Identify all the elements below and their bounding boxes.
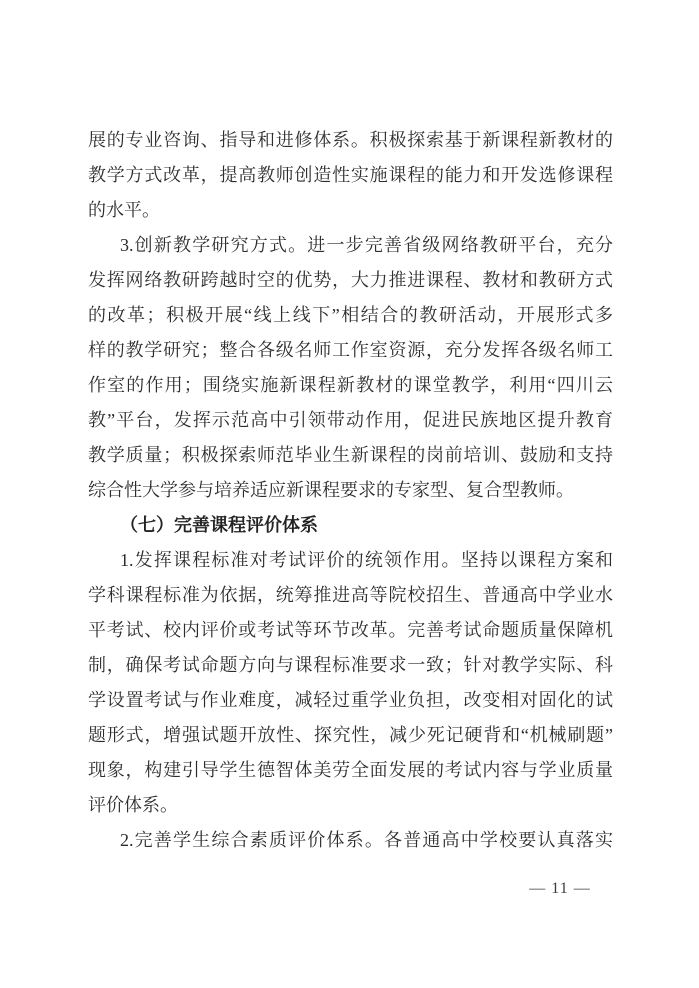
document-page: 展的专业咨询、指导和进修体系。积极探索基于新课程新教材的 教学方式改革，提高教师…: [0, 0, 699, 988]
section-heading: （七）完善课程评价体系: [88, 508, 613, 543]
text-line: 样的教学研究；整合各级名师工作室资源，充分发挥各级名师工: [88, 333, 613, 368]
text-line: 教学质量；积极探索师范毕业生新课程的岗前培训、鼓励和支持: [88, 438, 613, 473]
text-line: 1.发挥课程标准对考试评价的统领作用。坚持以课程方案和: [88, 543, 613, 578]
text-line: 的水平。: [88, 193, 613, 228]
text-line: 平考试、校内评价或考试等环节改革。完善考试命题质量保障机: [88, 613, 613, 648]
section: （七）完善课程评价体系: [88, 508, 613, 543]
text-line: 展的专业咨询、指导和进修体系。积极探索基于新课程新教材的: [88, 123, 613, 158]
text-line: 制，确保考试命题方向与课程标准要求一致；针对教学实际、科: [88, 648, 613, 683]
paragraph: 1.发挥课程标准对考试评价的统领作用。坚持以课程方案和 学科课程标准为依据，统筹…: [88, 543, 613, 823]
text-line: 作室的作用；围绕实施新课程新教材的课堂教学，利用“四川云: [88, 368, 613, 403]
document-body: 展的专业咨询、指导和进修体系。积极探索基于新课程新教材的 教学方式改革，提高教师…: [88, 123, 613, 858]
page-number: — 11 —: [500, 878, 620, 900]
text-line: 教”平台，发挥示范高中引领带动作用，促进民族地区提升教育: [88, 403, 613, 438]
text-line: 题形式，增强试题开放性、探究性，减少死记硬背和“机械刷题”: [88, 718, 613, 753]
text-line: 2.完善学生综合素质评价体系。各普通高中学校要认真落实: [88, 823, 613, 858]
paragraph: 展的专业咨询、指导和进修体系。积极探索基于新课程新教材的 教学方式改革，提高教师…: [88, 123, 613, 228]
text-line: 学设置考试与作业难度，减轻过重学业负担，改变相对固化的试: [88, 683, 613, 718]
text-line: 现象，构建引导学生德智体美劳全面发展的考试内容与学业质量: [88, 753, 613, 788]
text-line: 综合性大学参与培养适应新课程要求的专家型、复合型教师。: [88, 473, 613, 508]
paragraph: 2.完善学生综合素质评价体系。各普通高中学校要认真落实: [88, 823, 613, 858]
paragraph: 3.创新教学研究方式。进一步完善省级网络教研平台，充分 发挥网络教研跨越时空的优…: [88, 228, 613, 508]
text-line: 3.创新教学研究方式。进一步完善省级网络教研平台，充分: [88, 228, 613, 263]
text-line: 教学方式改革，提高教师创造性实施课程的能力和开发选修课程: [88, 158, 613, 193]
text-line: 评价体系。: [88, 788, 613, 823]
text-line: 学科课程标准为依据，统筹推进高等院校招生、普通高中学业水: [88, 578, 613, 613]
text-line: 发挥网络教研跨越时空的优势，大力推进课程、教材和教研方式: [88, 263, 613, 298]
text-line: 的改革；积极开展“线上线下”相结合的教研活动，开展形式多: [88, 298, 613, 333]
